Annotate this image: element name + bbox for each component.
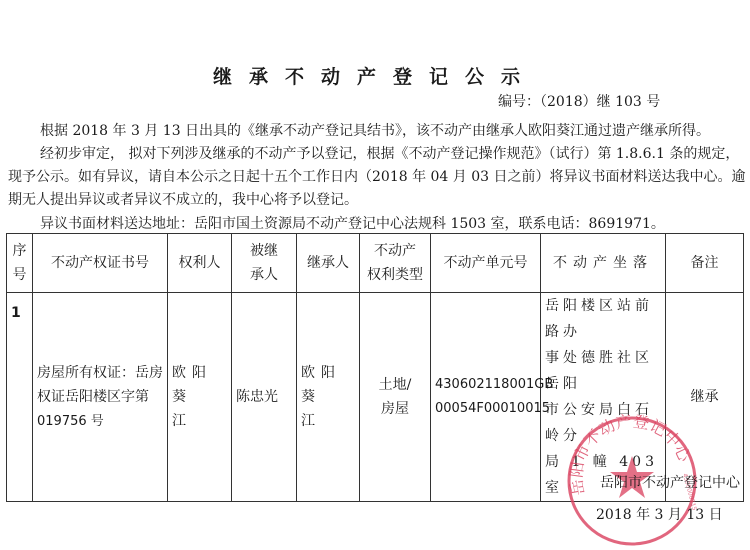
- cell-owner: 欧阳葵江: [168, 293, 232, 502]
- issue-date: 2018 年 3 月 13 日: [596, 504, 723, 524]
- header-location: 不动产坐落: [541, 234, 666, 293]
- header-cert-no: 不动产权证书号: [33, 234, 168, 293]
- cell-decedent: 陈忠光: [232, 293, 297, 502]
- header-seq: 序号: [7, 234, 33, 293]
- paragraph-address: 异议书面材料送达地址：岳阳市国土资源局不动产登记中心法规科 1503 室，联系电…: [40, 213, 665, 235]
- header-owner: 权利人: [168, 234, 232, 293]
- paragraph-review-line1: 经初步审定， 拟对下列涉及继承的不动产予以登记，根据《不动产登记操作规范》（试行…: [40, 143, 739, 165]
- cell-unit-no: 430602118001GB00054F00010015: [431, 293, 541, 502]
- header-decedent: 被继承人: [232, 234, 297, 293]
- cell-cert-no: 房屋所有权证：岳房权证岳阳楼区字第019756 号: [33, 293, 168, 502]
- cell-heir: 欧阳葵江: [297, 293, 360, 502]
- header-heir: 继承人: [297, 234, 360, 293]
- cell-right-type: 土地/房屋: [360, 293, 431, 502]
- issuing-organization: 岳阳市不动产登记中心: [600, 472, 740, 492]
- header-right-type: 不动产权利类型: [360, 234, 431, 293]
- header-unit-no: 不动产单元号: [431, 234, 541, 293]
- table-header-row: 序号 不动产权证书号 权利人 被继承人 继承人 不动产权利类型 不动产单元号 不…: [7, 234, 744, 293]
- cell-seq: 1: [7, 293, 33, 502]
- paragraph-review-line2: 现予公示。如有异议，请自本公示之日起十五个工作日内（2018 年 04 月 03…: [8, 166, 746, 188]
- header-remarks: 备注: [666, 234, 744, 293]
- paragraph-review-line3: 期无人提出异议或者异议不成立的，我中心将予以登记。: [8, 189, 358, 211]
- paragraph-intro: 根据 2018 年 3 月 13 日出具的《继承不动产登记具结书》，该不动产由继…: [40, 120, 710, 142]
- document-number: 编号：（2018）继 103 号: [498, 91, 660, 111]
- document-title: 继承不动产登记公示: [0, 62, 750, 89]
